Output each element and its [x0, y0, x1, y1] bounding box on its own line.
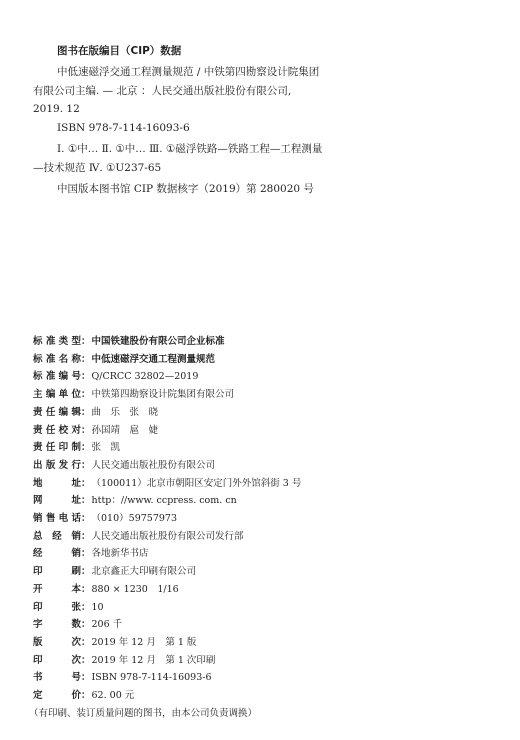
imprint-row-standard-number: 标准编号：Q/CRCC 32802—2019	[33, 368, 363, 386]
imprint-value: 10	[92, 599, 104, 617]
imprint-value: （100011）北京市朝阳区安定门外外馆斜街 3 号	[92, 475, 302, 493]
imprint-row-sales-phone: 销售电话：（010）59757973	[33, 510, 363, 528]
imprint-row-book-number: 书 号：ISBN 978-7-114-16093-6	[33, 669, 363, 687]
imprint-value: 张 凯	[92, 439, 121, 457]
cip-data-block: 图书在版编目（CIP）数据 中低速磁浮交通工程测量规范 / 中铁第四勘察设计院集…	[33, 44, 323, 199]
cip-verification-number: 中国版本图书馆 CIP 数据核字（2019）第 280020 号	[33, 180, 323, 199]
imprint-label: 字 数	[33, 616, 81, 634]
imprint-value: 中铁第四勘察设计院集团有限公司	[92, 386, 235, 404]
imprint-value: 孙国靖 扈 婕	[92, 422, 159, 440]
imprint-row-standard-name: 标准名称：中低速磁浮交通工程测量规范	[33, 351, 363, 369]
imprint-value: 62. 00 元	[92, 687, 135, 705]
imprint-value: 人民交通出版社股份有限公司	[92, 457, 216, 475]
imprint-label: 书 号	[33, 669, 81, 687]
imprint-value: （010）59757973	[92, 510, 178, 528]
imprint-row-sheets: 印 张：10	[33, 599, 363, 617]
imprint-row-responsible-editor: 责任编辑：曲 乐 张 晓	[33, 404, 363, 422]
imprint-row-price: 定 价：62. 00 元	[33, 687, 363, 705]
imprint-label: 网 址	[33, 492, 81, 510]
imprint-website-link: http：//www. ccpress. com. cn	[92, 492, 237, 510]
imprint-row-edition: 版 次：2019 年 12 月 第 1 版	[33, 634, 363, 652]
imprint-row-print-supervisor: 责任印制：张 凯	[33, 439, 363, 457]
imprint-label: 标准编号	[33, 368, 81, 386]
imprint-value: 2019 年 12 月 第 1 次印刷	[92, 652, 216, 670]
imprint-label: 总 经 销	[33, 528, 81, 546]
imprint-row-website: 网 址：http：//www. ccpress. com. cn	[33, 492, 363, 510]
imprint-label: 标准类型	[33, 333, 81, 351]
imprint-label: 开 本	[33, 581, 81, 599]
imprint-value: ISBN 978-7-114-16093-6	[92, 669, 212, 687]
imprint-row-word-count: 字 数：206 千	[33, 616, 363, 634]
imprint-row-format: 开 本：880 × 1230 1/16	[33, 581, 363, 599]
imprint-label: 出版发行	[33, 457, 81, 475]
imprint-value: 880 × 1230 1/16	[92, 581, 179, 599]
imprint-row-printing: 印 次：2019 年 12 月 第 1 次印刷	[33, 652, 363, 670]
imprint-value: 曲 乐 张 晓	[92, 404, 159, 422]
cip-title: 图书在版编目（CIP）数据	[57, 44, 323, 58]
imprint-label: 印 张	[33, 599, 81, 617]
imprint-note: （有印刷、装订质量问题的图书，由本公司负责调换）	[29, 705, 363, 723]
imprint-label: 主编单位	[33, 386, 81, 404]
imprint-row-printer: 印 刷：北京鑫正大印刷有限公司	[33, 563, 363, 581]
cip-bibliographic-entry: 中低速磁浮交通工程测量规范 / 中铁第四勘察设计院集团有限公司主编. — 北京 …	[33, 63, 323, 119]
imprint-label: 定 价	[33, 687, 81, 705]
imprint-row-proofreader: 责任校对：孙国靖 扈 婕	[33, 422, 363, 440]
imprint-value: 各地新华书店	[92, 545, 149, 563]
imprint-value: 2019 年 12 月 第 1 版	[92, 634, 197, 652]
cip-classification: Ⅰ. ①中… Ⅱ. ①中… Ⅲ. ①磁浮铁路—铁路工程—工程测量—技术规范 Ⅳ.…	[33, 140, 323, 177]
imprint-label: 责任校对	[33, 422, 81, 440]
imprint-row-chief-editor-unit: 主编单位：中铁第四勘察设计院集团有限公司	[33, 386, 363, 404]
imprint-row-standard-type: 标准类型：中国铁建股份有限公司企业标准	[33, 333, 363, 351]
cip-isbn: ISBN 978-7-114-16093-6	[33, 119, 323, 138]
imprint-row-address: 地 址：（100011）北京市朝阳区安定门外外馆斜街 3 号	[33, 475, 363, 493]
imprint-value: 北京鑫正大印刷有限公司	[92, 563, 197, 581]
imprint-label: 印 刷	[33, 563, 81, 581]
imprint-row-distributor: 经 销：各地新华书店	[33, 545, 363, 563]
imprint-value: 中低速磁浮交通工程测量规范	[92, 351, 216, 369]
imprint-label: 经 销	[33, 545, 81, 563]
imprint-value: 中国铁建股份有限公司企业标准	[92, 333, 225, 351]
imprint-value: 人民交通出版社股份有限公司发行部	[92, 528, 244, 546]
imprint-label: 责任编辑	[33, 404, 81, 422]
imprint-label: 责任印制	[33, 439, 81, 457]
imprint-label: 版 次	[33, 634, 81, 652]
imprint-label: 地 址	[33, 475, 81, 493]
imprint-block: 标准类型：中国铁建股份有限公司企业标准 标准名称：中低速磁浮交通工程测量规范 标…	[33, 333, 363, 722]
imprint-label: 标准名称	[33, 351, 81, 369]
imprint-value: 206 千	[92, 616, 123, 634]
imprint-label: 印 次	[33, 652, 81, 670]
imprint-row-publisher: 出版发行：人民交通出版社股份有限公司	[33, 457, 363, 475]
imprint-value: Q/CRCC 32802—2019	[92, 368, 199, 386]
imprint-label: 销售电话	[33, 510, 81, 528]
imprint-row-general-distributor: 总 经 销：人民交通出版社股份有限公司发行部	[33, 528, 363, 546]
